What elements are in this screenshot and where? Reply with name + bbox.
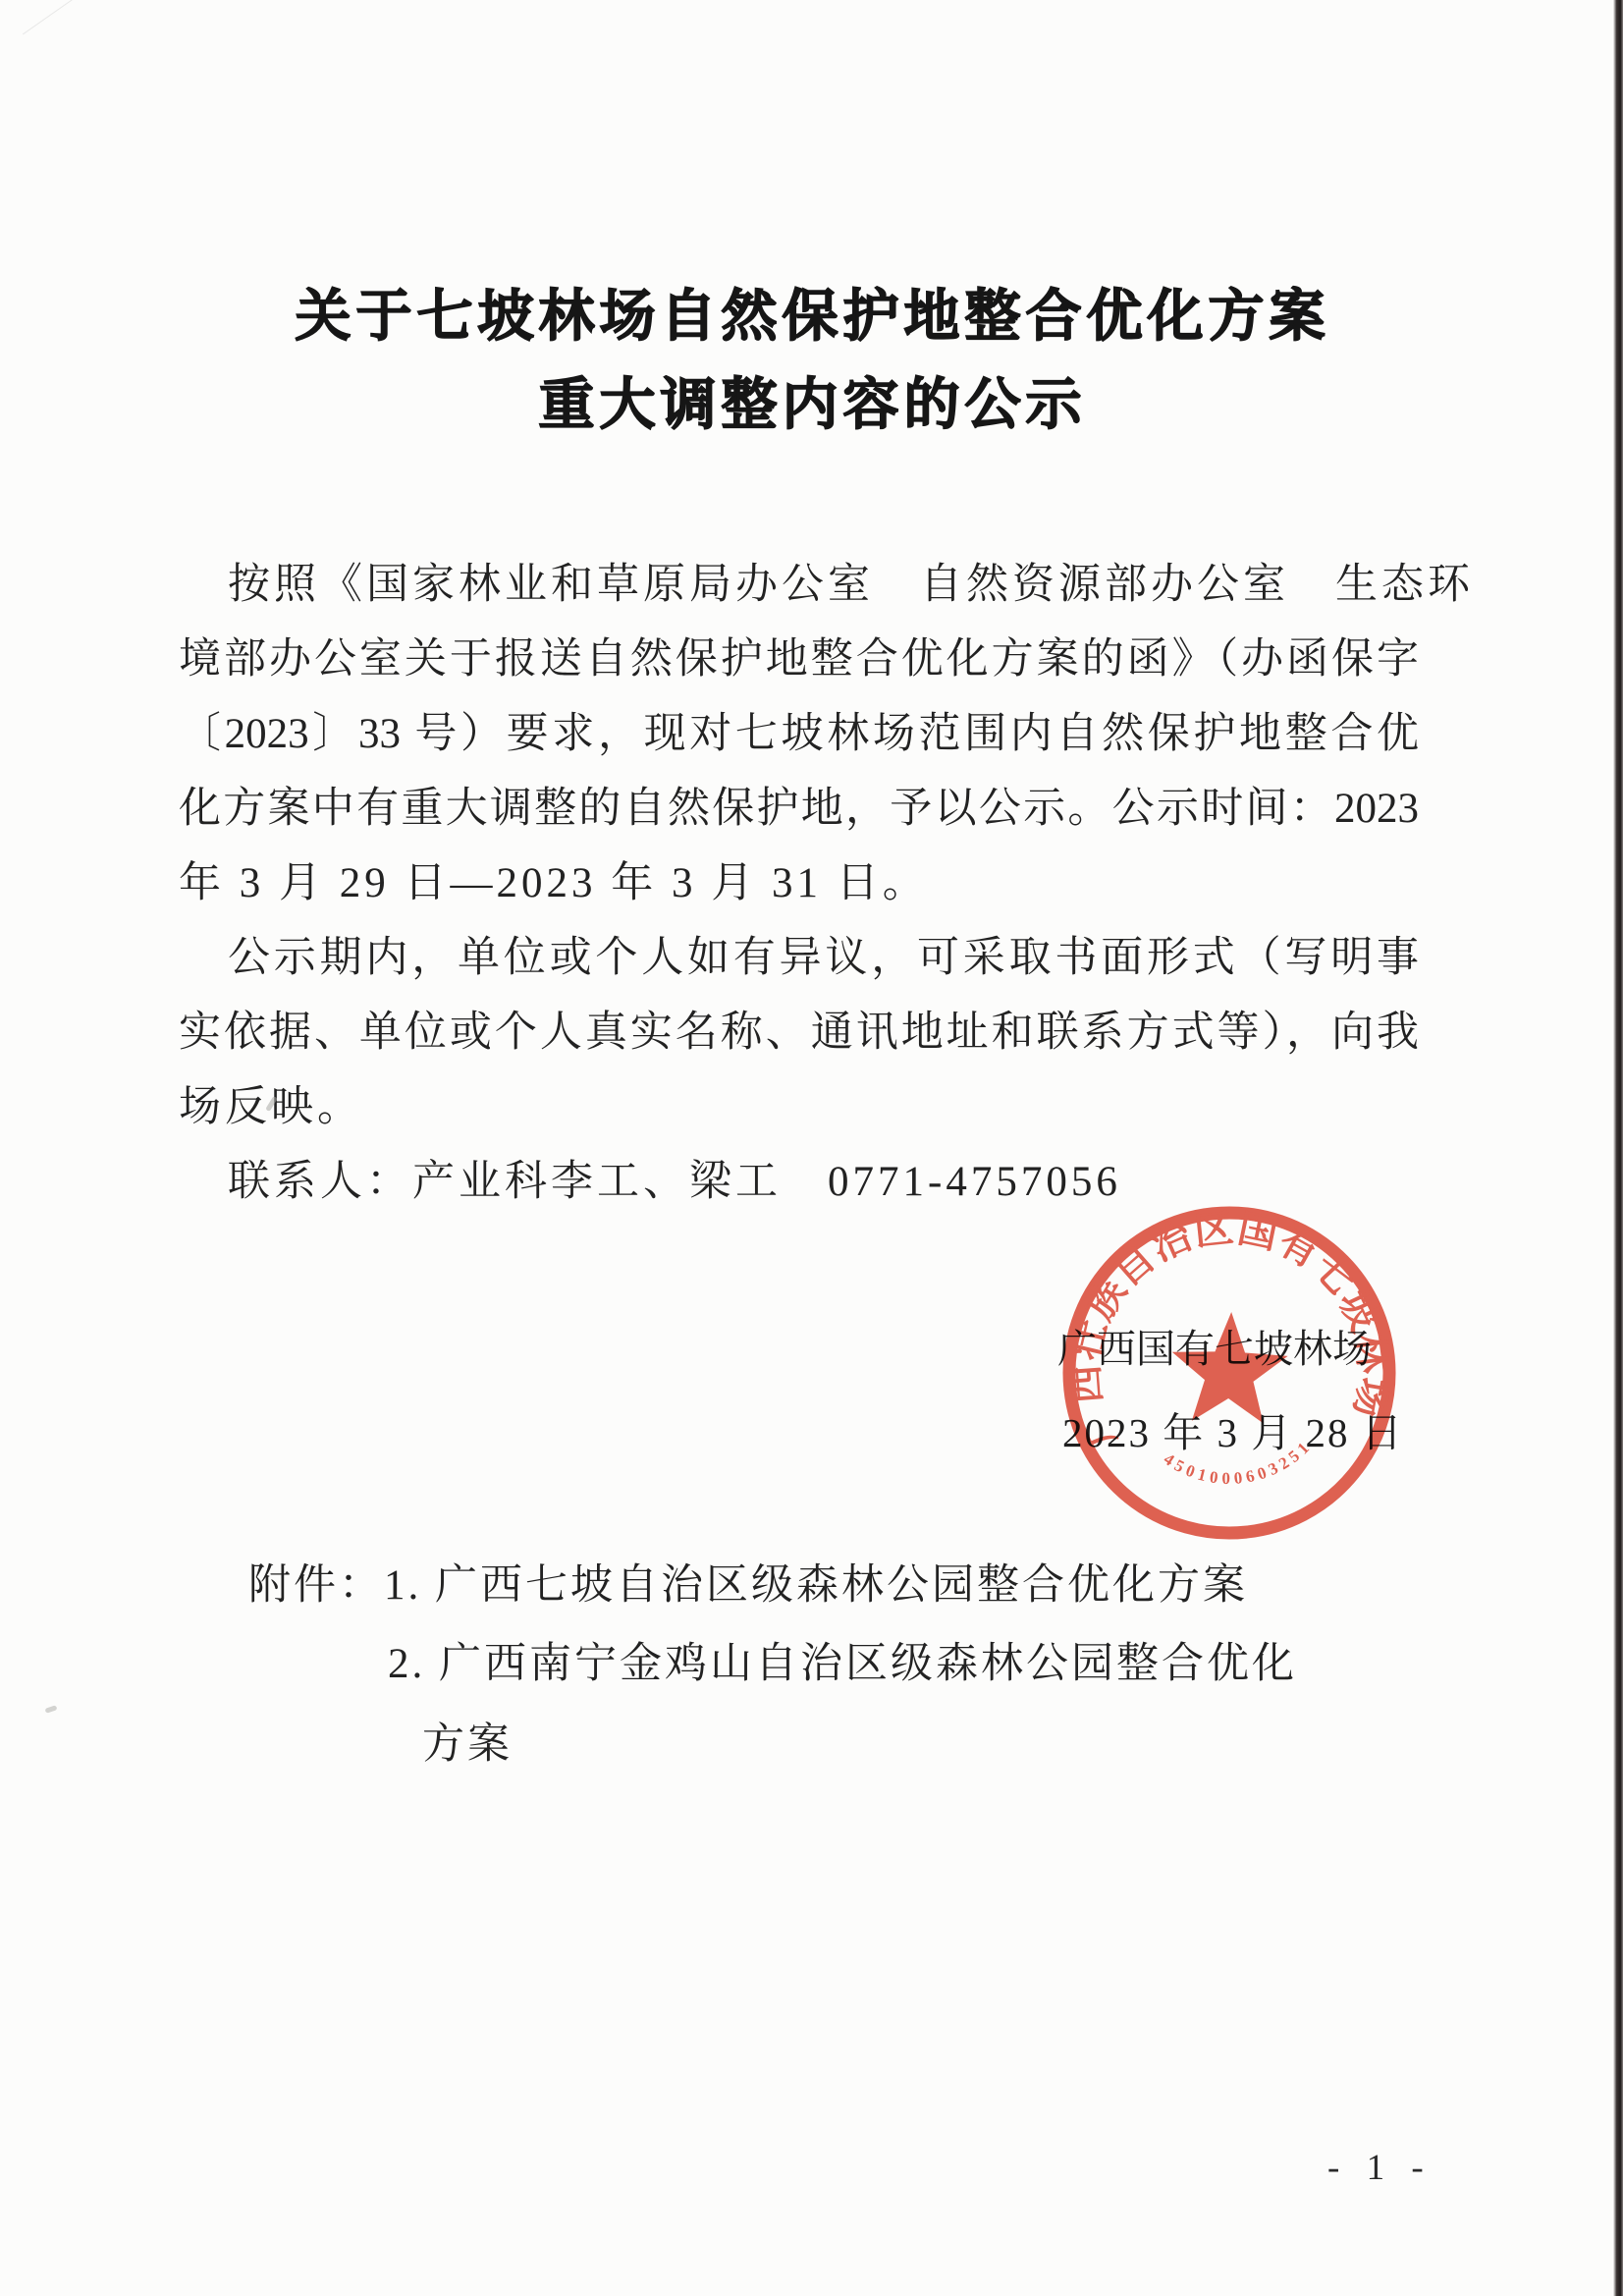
paragraph1-line1: 按照《国家林业和草原局办公室 自然资源部办公室 生态环 [179, 548, 1419, 623]
attachment-line-2: 2. 广西南宁金鸡山自治区级森林公园整合优化 [388, 1630, 1297, 1690]
attachment-line-3: 方案 [422, 1711, 513, 1771]
paragraph1-line5: 年 3 月 29 日—2023 年 3 月 31 日。 [179, 847, 1419, 921]
paragraph2-line3: 场反映。 [179, 1070, 1419, 1145]
attachment-item-1: 1. 广西七坡自治区级森林公园整合优化方案 [384, 1562, 1248, 1609]
scanned-notice-page: 关于七坡林场自然保护地整合优化方案 重大调整内容的公示 按照《国家林业和草原局办… [0, 0, 1623, 2296]
official-seal-stamp: 广西壮族自治区国有七坡林场 4501000603251 [1053, 1196, 1406, 1550]
page-number: - 1 - [1327, 2147, 1433, 2189]
notice-body: 按照《国家林业和草原局办公室 自然资源部办公室 生态环 境部办公室关于报送自然保… [179, 548, 1419, 1220]
scan-corner-fold [0, 0, 80, 34]
paragraph2-line1: 公示期内，单位或个人如有异议，可采取书面形式（写明事 [179, 921, 1419, 996]
seal-code-text: 4501000603251 [1159, 1435, 1319, 1496]
title-line-1: 关于七坡林场自然保护地整合优化方案 [137, 273, 1488, 361]
paragraph1-line2: 境部办公室关于报送自然保护地整合优化方案的函》（办函保字 [179, 623, 1419, 697]
paragraph1-line4: 化方案中有重大调整的自然保护地，予以公示。公示时间：2023 [179, 772, 1419, 847]
scan-speck-2 [45, 1705, 58, 1713]
attachment-label: 附件： [248, 1562, 384, 1609]
paragraph2-line2: 实依据、单位或个人真实名称、通讯地址和联系方式等），向我 [179, 996, 1419, 1070]
seal-star-icon [1168, 1307, 1294, 1433]
scan-edge-artifact [1613, 0, 1623, 2296]
attachment-line-1: 附件：1. 广西七坡自治区级森林公园整合优化方案 [248, 1552, 1248, 1612]
notice-title: 关于七坡林场自然保护地整合优化方案 重大调整内容的公示 [137, 273, 1488, 450]
title-line-2: 重大调整内容的公示 [137, 361, 1488, 450]
paragraph1-line3: 〔2023〕33 号）要求，现对七坡林场范围内自然保护地整合优 [179, 697, 1419, 772]
